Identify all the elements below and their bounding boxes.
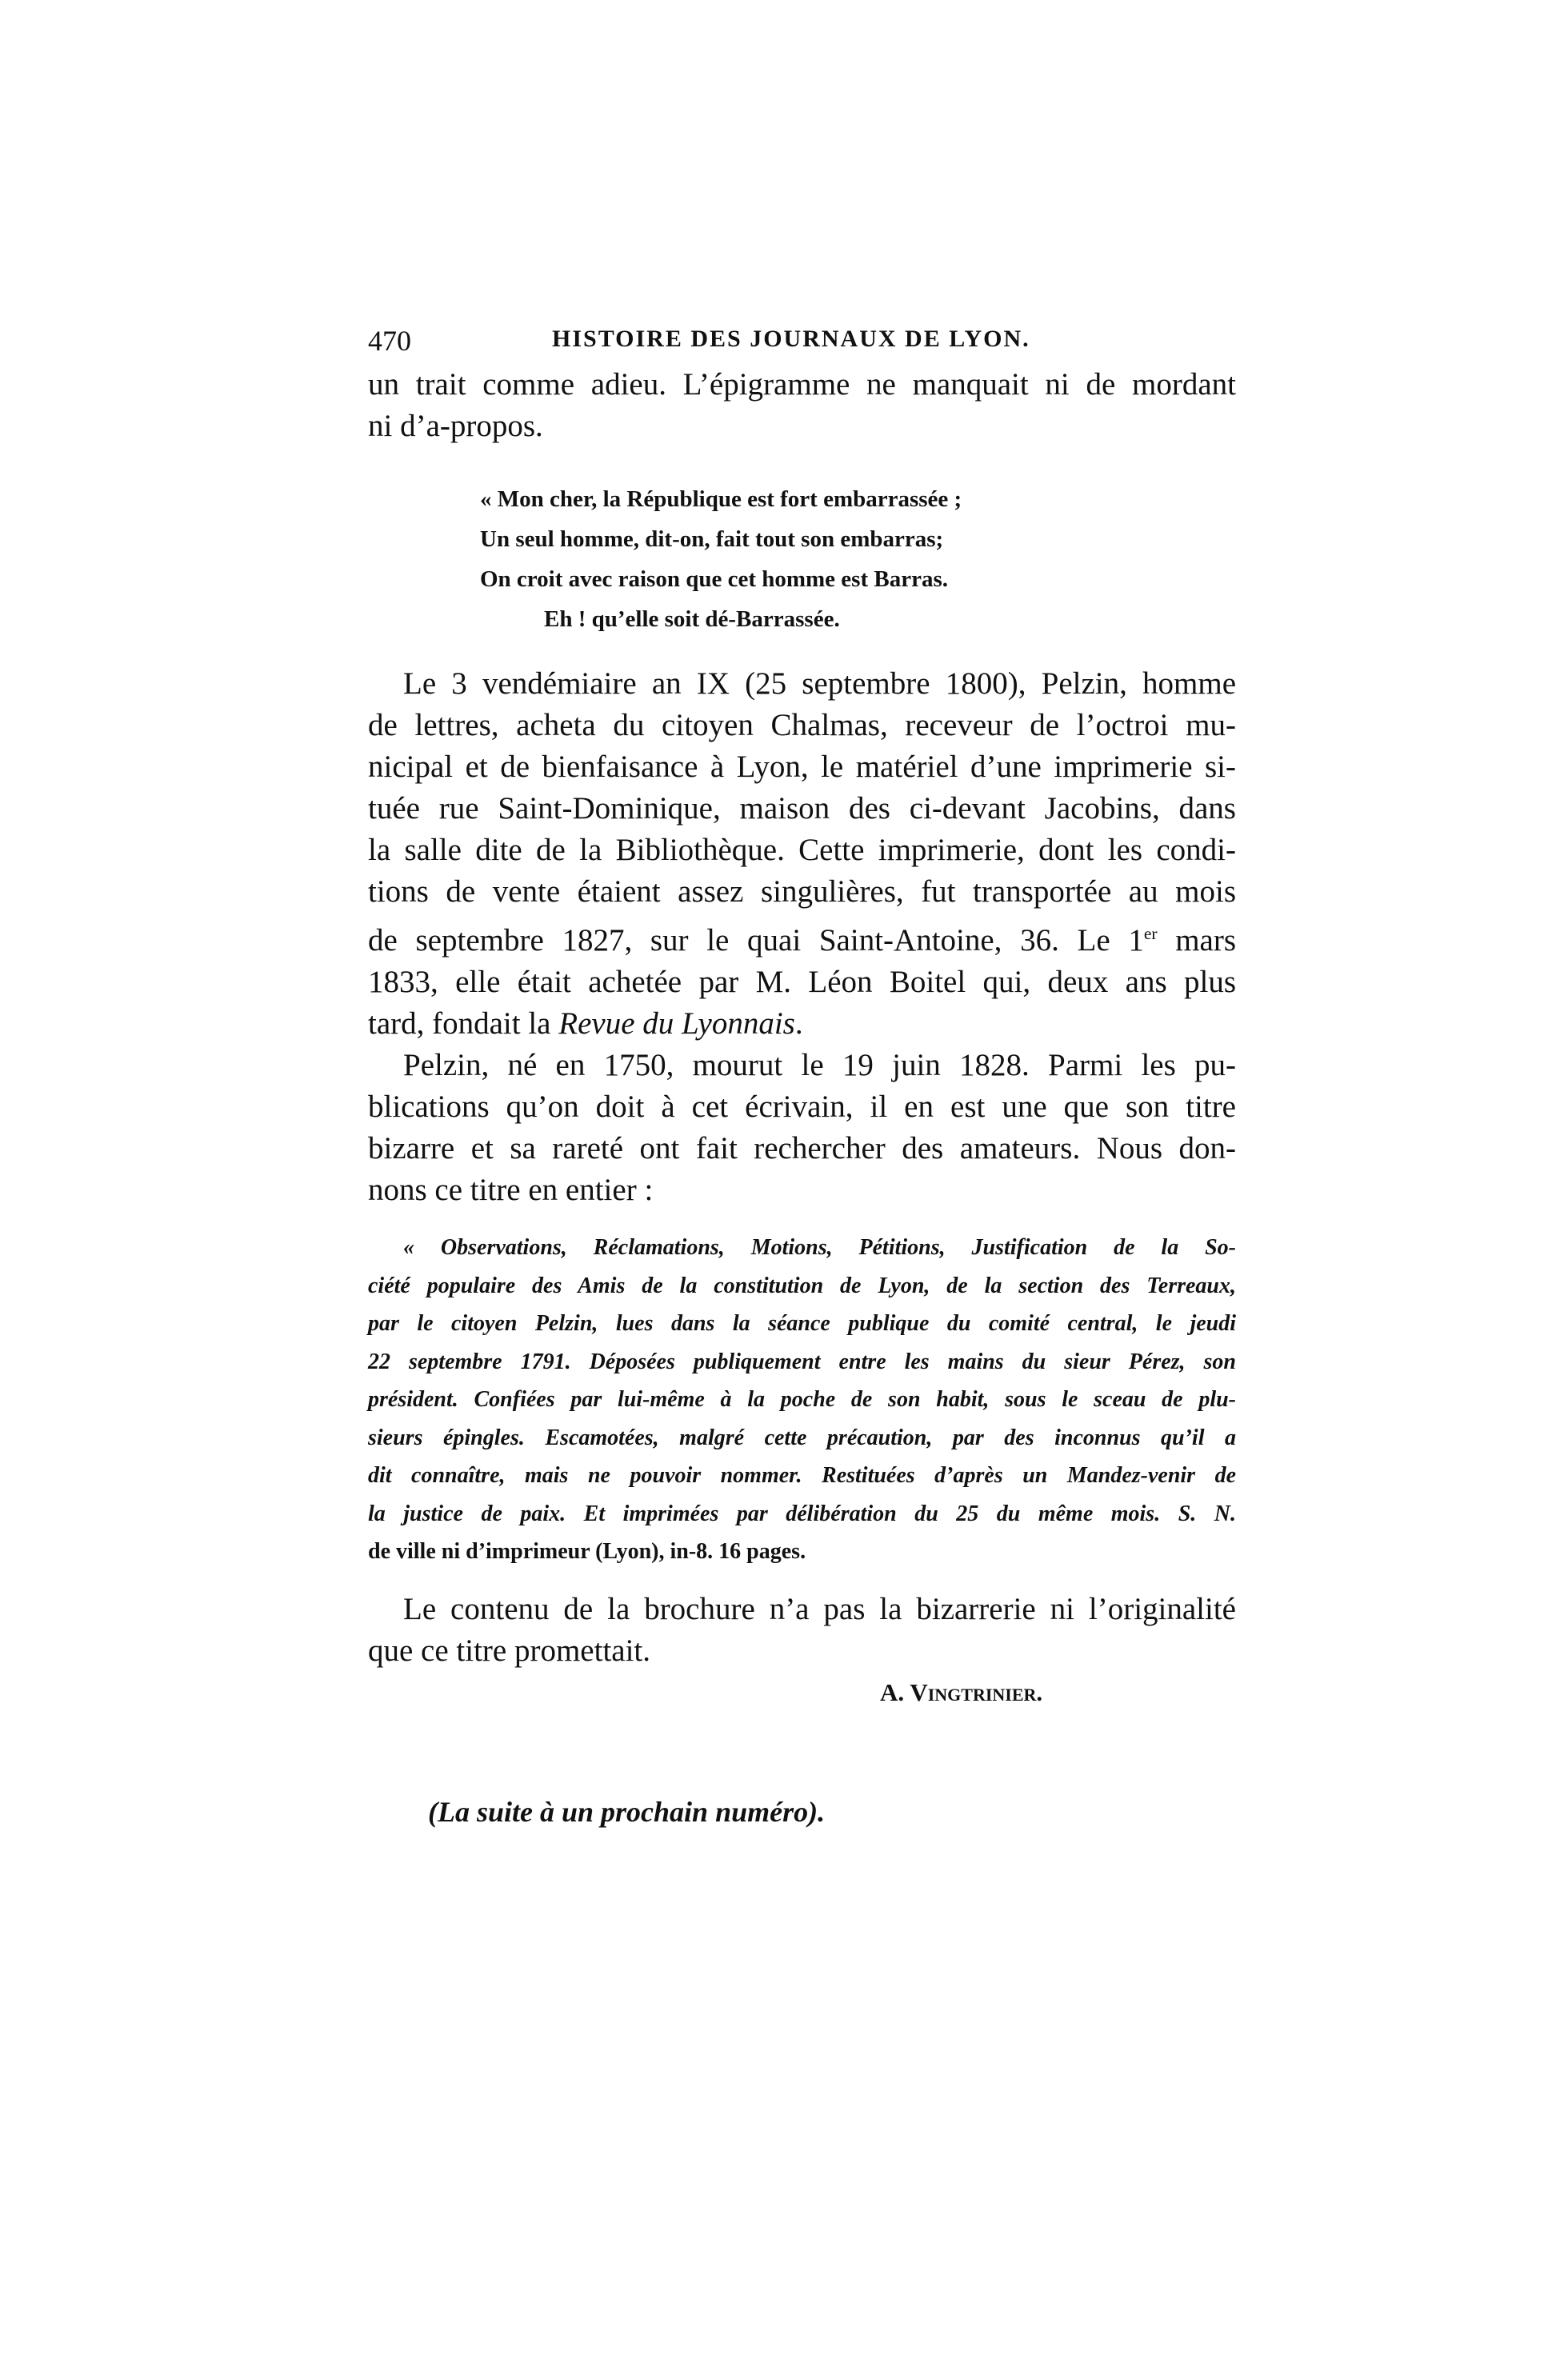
text-span: de septembre 1827, sur le quai Saint-Ant… <box>368 923 1144 958</box>
intro-text: un trait comme adieu. L’épigramme ne man… <box>368 364 1236 447</box>
quote-line: « Observations, Réclamations, Motions, P… <box>368 1229 1236 1267</box>
journal-title: Revue du Lyonnais <box>558 1006 795 1041</box>
text-line: nons ce titre en entier : <box>368 1170 1236 1211</box>
continuation-note: (La suite à un prochain numéro). <box>428 1795 1236 1829</box>
verse-line: Un seul homme, dit-on, fait tout son emb… <box>480 519 1236 559</box>
verse-line: On croit avec raison que cet homme est B… <box>480 559 1236 599</box>
quote-line: de ville ni d’imprimeur (Lyon), in-8. 16… <box>368 1533 1236 1571</box>
quote-line: ciété populaire des Amis de la constitut… <box>368 1267 1236 1305</box>
text-line: de septembre 1827, sur le quai Saint-Ant… <box>368 913 1236 962</box>
text-line: blications qu’on doit à cet écrivain, il… <box>368 1086 1236 1128</box>
paragraph-1: Le 3 vendémiaire an IX (25 septembre 180… <box>368 663 1236 1045</box>
text-line: tions de vente étaient assez singulières… <box>368 871 1236 913</box>
text-line: de lettres, acheta du citoyen Chalmas, r… <box>368 705 1236 746</box>
epigram-verse: « Mon cher, la République est fort embar… <box>480 479 1236 639</box>
quote-line: sieurs épingles. Escamotées, malgré cett… <box>368 1419 1236 1457</box>
quote-line: dit connaître, mais ne pouvoir nommer. R… <box>368 1457 1236 1495</box>
text-line: Pelzin, né en 1750, mourut le 19 juin 18… <box>368 1045 1236 1086</box>
running-title: HISTOIRE DES JOURNAUX DE LYON. <box>552 326 1030 353</box>
quote-line: par le citoyen Pelzin, lues dans la séan… <box>368 1305 1236 1343</box>
page-header: 470 HISTOIRE DES JOURNAUX DE LYON. <box>368 324 1236 364</box>
text-line: Le contenu de la brochure n’a pas la biz… <box>368 1589 1236 1630</box>
text-line: bizarre et sa rareté ont fait rechercher… <box>368 1128 1236 1170</box>
paragraph-2: Pelzin, né en 1750, mourut le 19 juin 18… <box>368 1045 1236 1211</box>
verse-line: « Mon cher, la République est fort embar… <box>480 479 1236 519</box>
text-span: tard, fondait la <box>368 1006 558 1041</box>
paragraph-3: Le contenu de la brochure n’a pas la biz… <box>368 1589 1236 1672</box>
text-span: . <box>795 1006 803 1041</box>
quoted-title-block: « Observations, Réclamations, Motions, P… <box>368 1229 1236 1571</box>
text-line: la salle dite de la Bibliothèque. Cette … <box>368 830 1236 871</box>
quote-line: 22 septembre 1791. Déposées publiquement… <box>368 1343 1236 1381</box>
verse-line: Eh ! qu’elle soit dé-Barrassée. <box>480 599 1236 639</box>
text-span: mars <box>1158 923 1237 958</box>
quote-line: la justice de paix. Et imprimées par dél… <box>368 1495 1236 1533</box>
text-line: Le 3 vendémiaire an IX (25 septembre 180… <box>368 663 1236 705</box>
author-signature: A. Vingtrinier. <box>880 1678 1236 1707</box>
quote-line: président. Confiées par lui-même à la po… <box>368 1381 1236 1419</box>
page-number: 470 <box>368 324 411 358</box>
book-page: 470 HISTOIRE DES JOURNAUX DE LYON. un tr… <box>368 324 1236 1829</box>
text-line: un trait comme adieu. L’épigramme ne man… <box>368 364 1236 406</box>
text-line: nicipal et de bienfaisance à Lyon, le ma… <box>368 746 1236 788</box>
text-line: tard, fondait la Revue du Lyonnais. <box>368 1003 1236 1045</box>
text-line: tuée rue Saint-Dominique, maison des ci-… <box>368 788 1236 830</box>
superscript: er <box>1144 924 1158 943</box>
text-line: que ce titre promettait. <box>368 1630 1236 1672</box>
text-line: 1833, elle était achetée par M. Léon Boi… <box>368 962 1236 1003</box>
text-line: ni d’a-propos. <box>368 406 1236 447</box>
